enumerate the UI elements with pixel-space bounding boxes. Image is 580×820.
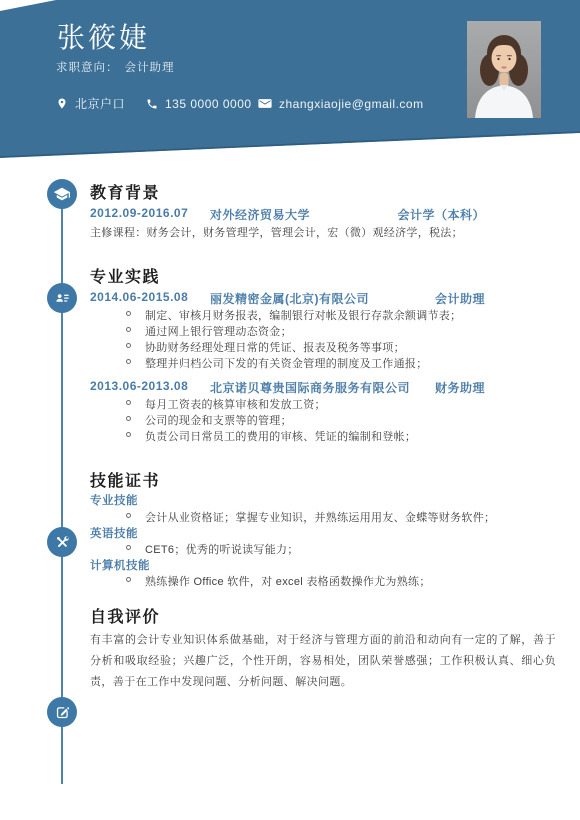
- job-duty-item: 负责公司日常员工的费用的审核、凭证的编制和登帐；: [126, 428, 506, 444]
- email-envelope-icon: [258, 98, 272, 109]
- skill-item-text: 会计从业资格证；掌握专业知识，并熟练运用用友、金蝶等财务软件；: [145, 509, 495, 525]
- bullet-dot-icon: [126, 359, 131, 364]
- job-company: 北京诺贝尊贵国际商务服务有限公司: [210, 379, 435, 396]
- profile-photo: [467, 21, 541, 118]
- bullet-dot-icon: [126, 327, 131, 332]
- education-school: 对外经济贸易大学: [210, 206, 397, 223]
- job-duty-item: 制定、审核月财务报表，编制银行对帐及银行存款余额调节表；: [126, 307, 506, 323]
- job-role: 财务助理: [435, 379, 485, 396]
- skill-item: 熟练操作 Office 软件，对 excel 表格函数操作尤为熟练；: [126, 573, 526, 589]
- education-section-marker: [47, 179, 77, 209]
- bullet-dot-icon: [126, 343, 131, 348]
- skill-group-label: 专业技能: [90, 492, 138, 508]
- job-duty-text: 负责公司日常员工的费用的审核、凭证的编制和登帐；: [145, 428, 416, 444]
- education-degree: 会计学（本科）: [397, 206, 485, 223]
- contact-location: 北京户口: [56, 95, 146, 112]
- candidate-name: 张筱婕: [57, 16, 150, 56]
- summary-section-marker: [47, 697, 77, 727]
- email-text: zhangxiaojie@gmail.com: [279, 97, 424, 111]
- education-entry: 2012.09-2016.07 对外经济贸易大学 会计学（本科）: [90, 206, 485, 223]
- bullet-dot-icon: [126, 513, 131, 518]
- job-duty-list: 每月工资表的核算审核和发放工资； 公司的现金和支票等的管理； 负责公司日常员工的…: [126, 396, 506, 444]
- objective-value: 会计助理: [125, 62, 175, 74]
- job-duty-list: 制定、审核月财务报表，编制银行对帐及银行存款余额调节表； 通过网上银行管理动态资…: [126, 307, 506, 371]
- job-duty-item: 协助财务经理处理日常的凭证、报表及税务等事项；: [126, 339, 506, 355]
- edit-pencil-icon: [54, 704, 71, 721]
- education-period: 2012.09-2016.07: [90, 206, 210, 223]
- skills-section-marker: [47, 527, 77, 557]
- graduation-cap-icon: [53, 185, 71, 203]
- skill-item-text: 熟练操作 Office 软件，对 excel 表格函数操作尤为熟练；: [145, 573, 431, 589]
- job-duty-text: 协助财务经理处理日常的凭证、报表及税务等事项；: [145, 339, 405, 355]
- job-duty-item: 每月工资表的核算审核和发放工资；: [126, 396, 506, 412]
- job-period: 2013.06-2013.08: [90, 379, 210, 396]
- education-courses: 主修课程：财务会计，财务管理学，管理会计，宏（微）观经济学，税法；: [90, 224, 530, 240]
- job-duty-text: 整理并归档公司下发的有关资金管理的制度及工作通报；: [145, 355, 428, 371]
- job-duty-item: 通过网上银行管理动态资金；: [126, 323, 506, 339]
- bullet-dot-icon: [126, 432, 131, 437]
- resume-header: 张筱婕 求职意向：会计助理 北京户口 135 0000 0000: [0, 0, 580, 162]
- phone-icon: [146, 98, 158, 110]
- skill-item: 会计从业资格证；掌握专业知识，并熟练运用用友、金蝶等财务软件；: [126, 509, 526, 525]
- self-evaluation-text: 有丰富的会计专业知识体系做基础，对于经济与管理方面的前沿和动向有一定的了解，善于…: [90, 630, 556, 693]
- bullet-dot-icon: [126, 416, 131, 421]
- section-title-skills: 技能证书: [90, 468, 160, 491]
- contact-email: zhangxiaojie@gmail.com: [258, 97, 424, 111]
- job-duty-item: 整理并归档公司下发的有关资金管理的制度及工作通报；: [126, 355, 506, 371]
- skill-item: CET6；优秀的听说读写能力；: [126, 541, 526, 557]
- location-pin-icon: [56, 97, 68, 110]
- skill-group-label: 英语技能: [90, 525, 138, 541]
- job-duty-text: 公司的现金和支票等的管理；: [145, 412, 292, 428]
- job-company: 丽发精密金属(北京)有限公司: [210, 290, 435, 307]
- job-duty-text: 通过网上银行管理动态资金；: [145, 323, 292, 339]
- bullet-dot-icon: [126, 311, 131, 316]
- contact-card-icon: [54, 290, 71, 307]
- bullet-dot-icon: [126, 545, 131, 550]
- job-objective: 求职意向：会计助理: [56, 59, 175, 75]
- section-title-education: 教育背景: [90, 180, 160, 203]
- job-duty-text: 制定、审核月财务报表，编制银行对帐及银行存款余额调节表；: [145, 307, 461, 323]
- job-duty-item: 公司的现金和支票等的管理；: [126, 412, 506, 428]
- crossed-tools-icon: [54, 534, 71, 551]
- experience-section-marker: [47, 283, 77, 313]
- contact-row: 北京户口 135 0000 0000 zhangxiaojie@gmail.co…: [56, 95, 424, 112]
- objective-label: 求职意向：: [56, 62, 119, 74]
- section-title-summary: 自我评价: [90, 604, 160, 627]
- resume-page: 张筱婕 求职意向：会计助理 北京户口 135 0000 0000: [0, 0, 580, 820]
- location-text: 北京户口: [75, 95, 125, 112]
- phone-text: 135 0000 0000: [165, 97, 252, 111]
- experience-entry: 2013.06-2013.08 北京诺贝尊贵国际商务服务有限公司 财务助理: [90, 379, 485, 396]
- job-duty-text: 每月工资表的核算审核和发放工资；: [145, 396, 326, 412]
- experience-entry: 2014.06-2015.08 丽发精密金属(北京)有限公司 会计助理: [90, 290, 485, 307]
- job-period: 2014.06-2015.08: [90, 290, 210, 307]
- skill-item-text: CET6；优秀的听说读写能力；: [145, 541, 299, 557]
- job-role: 会计助理: [435, 290, 485, 307]
- bullet-dot-icon: [126, 400, 131, 405]
- contact-phone: 135 0000 0000: [146, 97, 258, 111]
- bullet-dot-icon: [126, 577, 131, 582]
- skill-group-label: 计算机技能: [90, 557, 150, 573]
- section-title-experience: 专业实践: [90, 264, 160, 287]
